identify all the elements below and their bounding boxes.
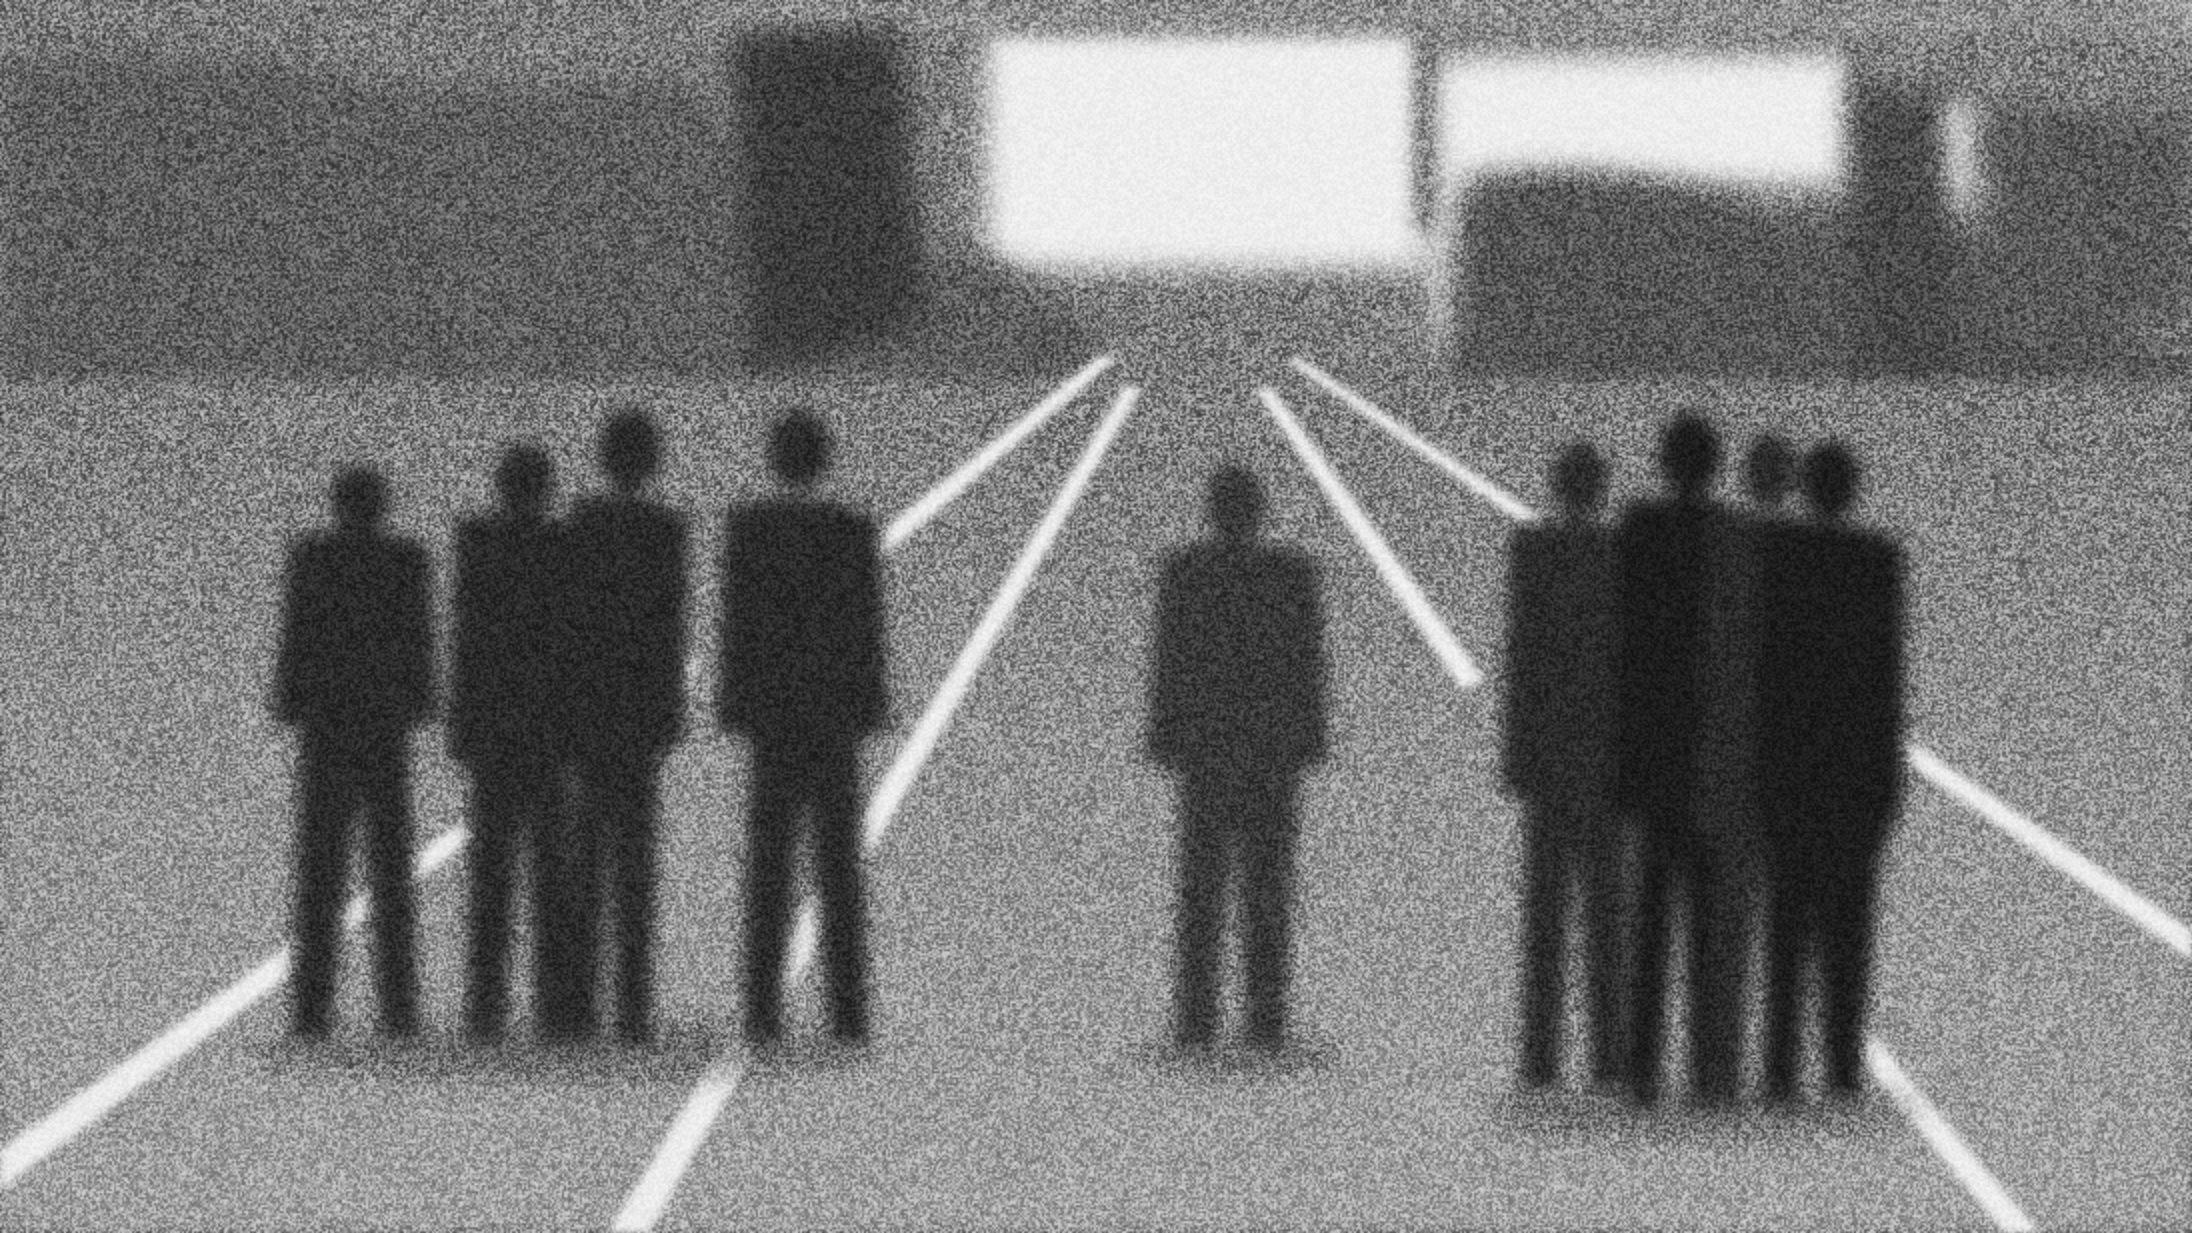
photograph <box>0 0 2192 1233</box>
